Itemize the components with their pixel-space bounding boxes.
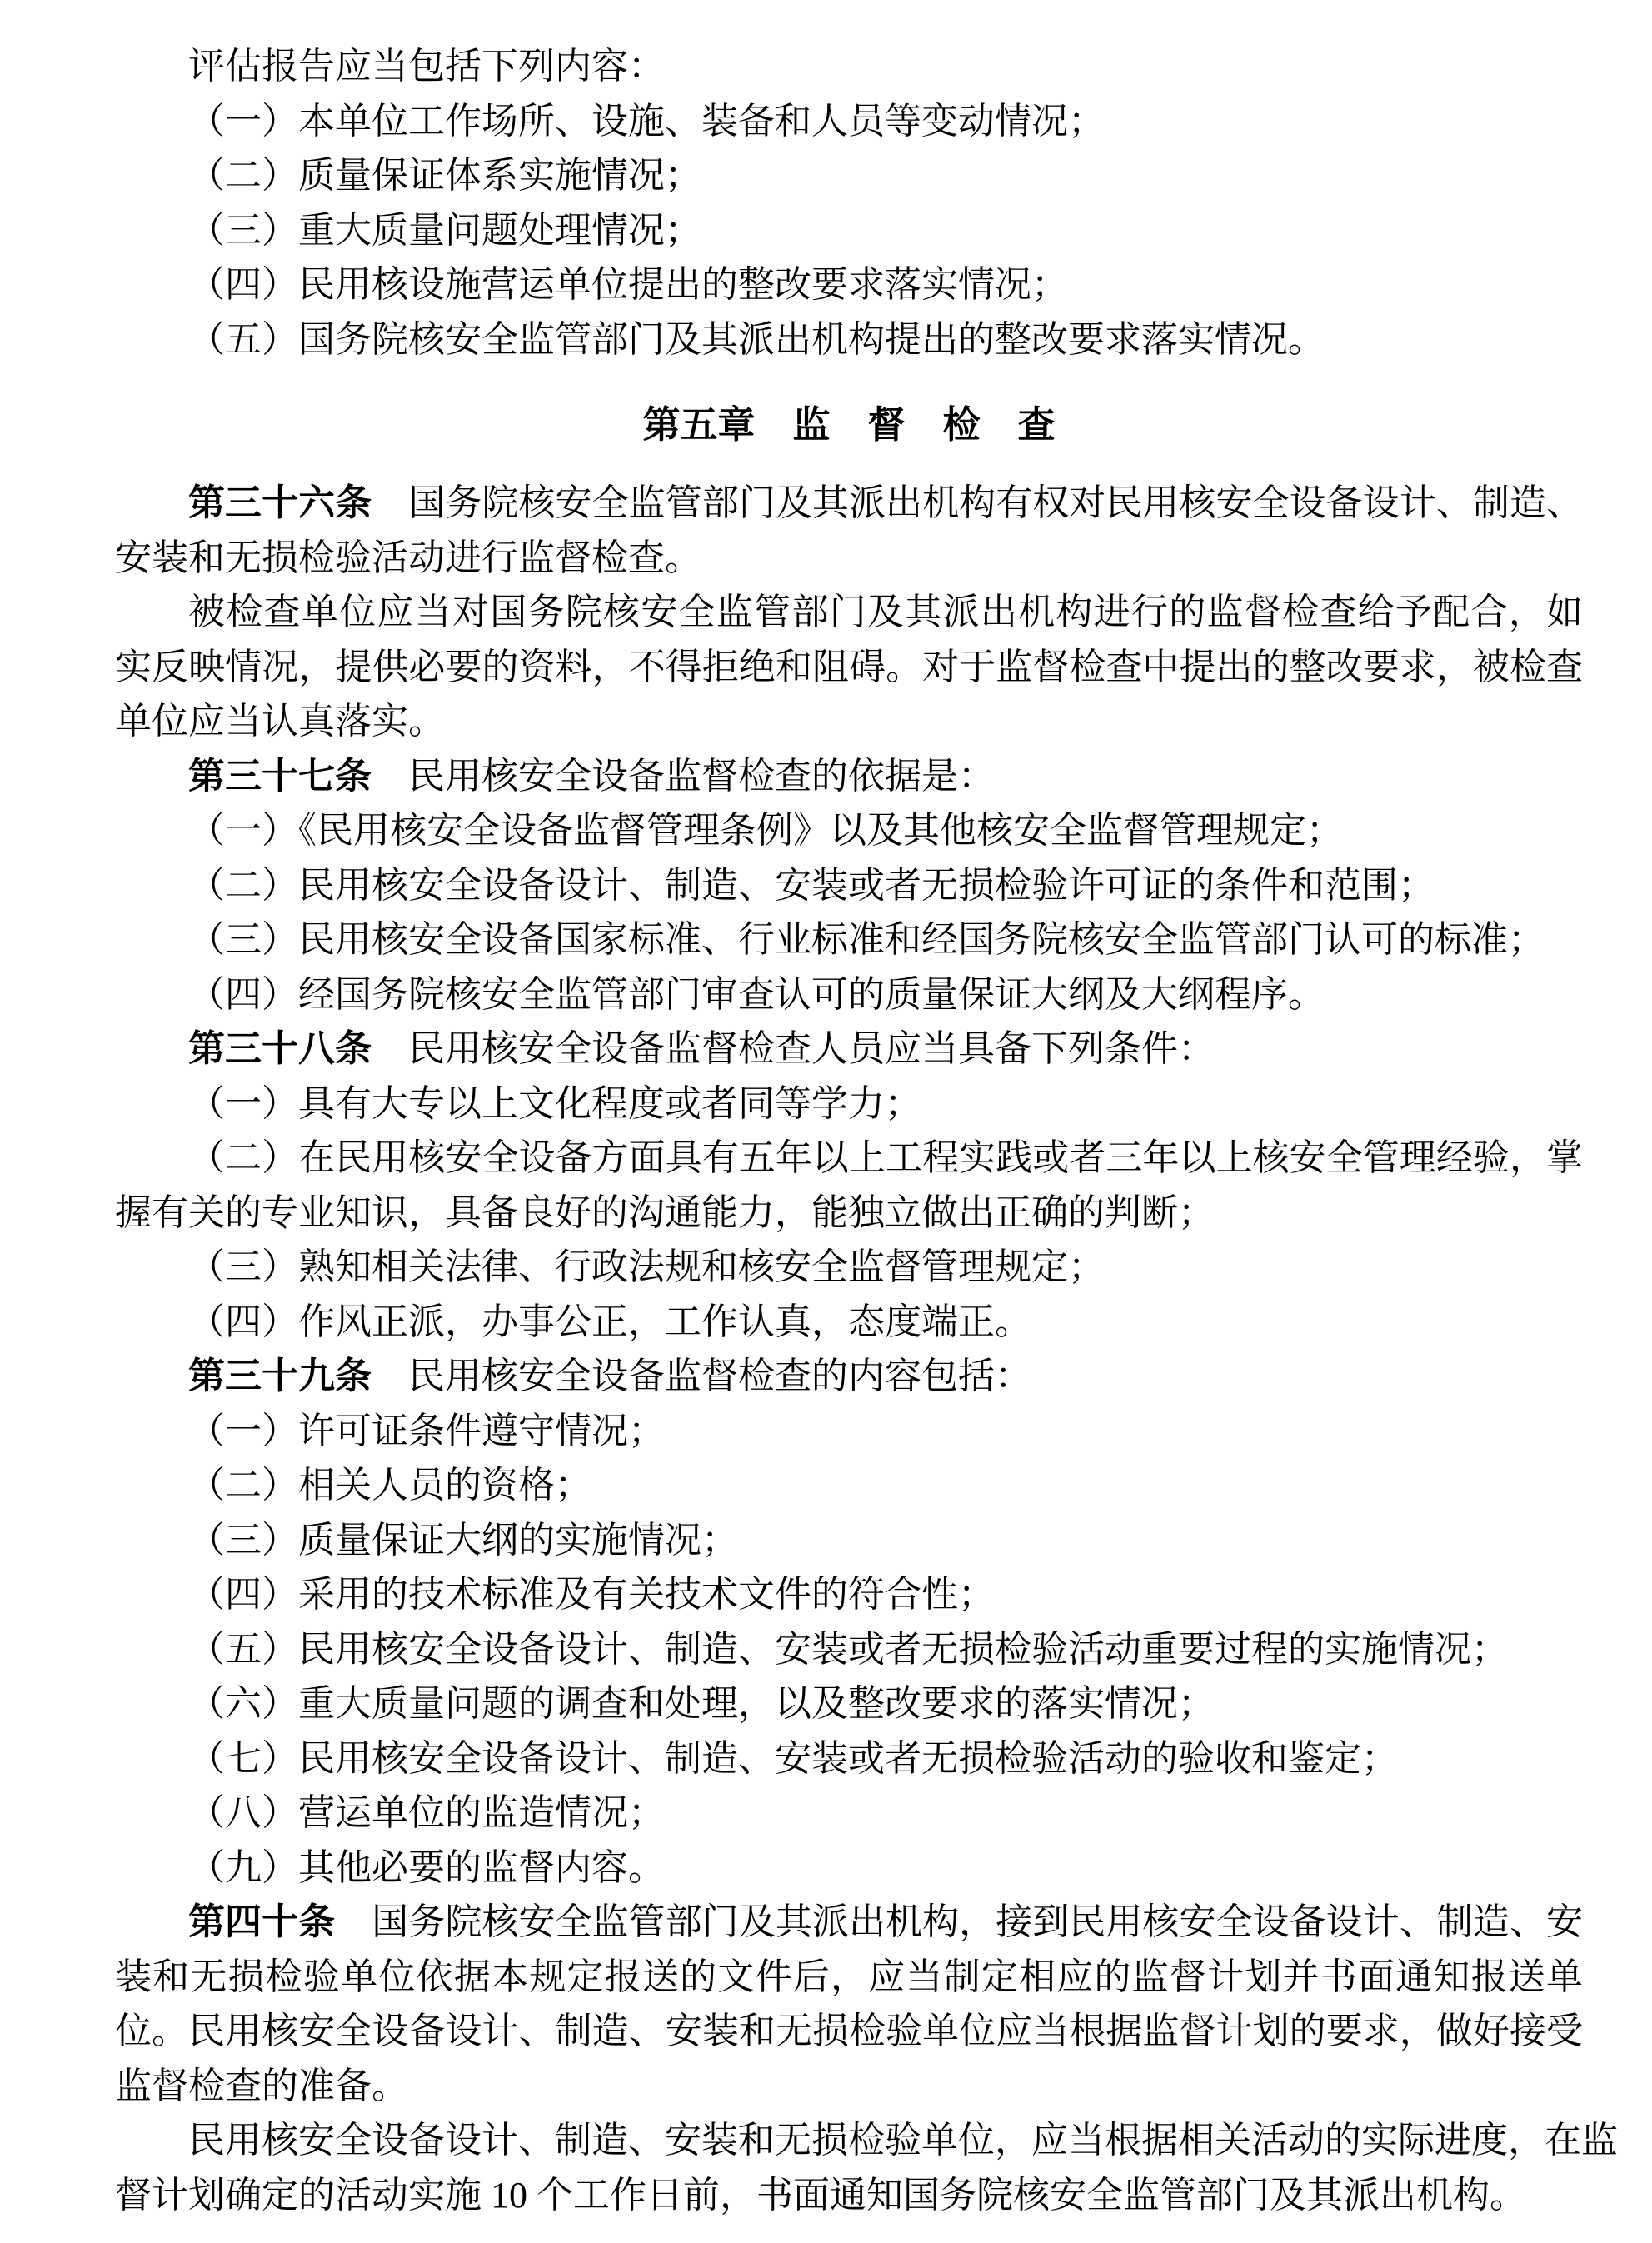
text-line: （一）本单位工作场所、设施、装备和人员等变动情况； bbox=[115, 94, 1583, 149]
text-line: 第三十六条 国务院核安全监管部门及其派出机构有权对民用核安全设备设计、制造、 bbox=[115, 476, 1583, 531]
text-line: （九）其他必要的监督内容。 bbox=[115, 1841, 1583, 1896]
document-page: 评估报告应当包括下列内容：（一）本单位工作场所、设施、装备和人员等变动情况；（二… bbox=[0, 0, 1652, 2243]
text-line: 单位应当认真落实。 bbox=[115, 694, 1583, 749]
text-line: （二）质量保证体系实施情况； bbox=[115, 148, 1583, 203]
text-line: （五）国务院核安全监管部门及其派出机构提出的整改要求落实情况。 bbox=[115, 312, 1583, 367]
text-line: 实反映情况，提供必要的资料，不得拒绝和阻碍。对于监督检查中提出的整改要求，被检查 bbox=[115, 640, 1583, 695]
text-line: （四）经国务院核安全监管部门审查认可的质量保证大纲及大纲程序。 bbox=[115, 967, 1583, 1022]
document-content: 评估报告应当包括下列内容：（一）本单位工作场所、设施、装备和人员等变动情况；（二… bbox=[115, 39, 1583, 2222]
text-line: （五）民用核安全设备设计、制造、安装或者无损检验活动重要过程的实施情况； bbox=[115, 1622, 1583, 1677]
text-line: （三）质量保证大纲的实施情况； bbox=[115, 1513, 1583, 1568]
text-line: 第四十条 国务院核安全监管部门及其派出机构，接到民用核安全设备设计、制造、安 bbox=[115, 1895, 1583, 1950]
text-line: （一）《民用核安全设备监督管理条例》以及其他核安全监督管理规定； bbox=[115, 803, 1583, 858]
text-line: 安装和无损检验活动进行监督检查。 bbox=[115, 531, 1583, 586]
text-line: 督计划确定的活动实施 10 个工作日前，书面通知国务院核安全监管部门及其派出机构… bbox=[115, 2168, 1583, 2223]
text-line: 第三十九条 民用核安全设备监督检查的内容包括： bbox=[115, 1349, 1583, 1404]
text-line: （六）重大质量问题的调查和处理，以及整改要求的落实情况； bbox=[115, 1676, 1583, 1731]
text-line: 位。民用核安全设备设计、制造、安装和无损检验单位应当根据监督计划的要求，做好接受 bbox=[115, 2004, 1583, 2059]
text-line: （二）相关人员的资格； bbox=[115, 1458, 1583, 1513]
text-line: （八）营运单位的监造情况； bbox=[115, 1786, 1583, 1841]
article-number: 第三十八条 bbox=[188, 1028, 408, 1069]
text-line: 第三十八条 民用核安全设备监督检查人员应当具备下列条件： bbox=[115, 1022, 1583, 1077]
text-line: （一）具有大专以上文化程度或者同等学力； bbox=[115, 1077, 1583, 1131]
text-line: （二）在民用核安全设备方面具有五年以上工程实践或者三年以上核安全管理经验，掌 bbox=[115, 1131, 1583, 1186]
text-line: 装和无损检验单位依据本规定报送的文件后，应当制定相应的监督计划并书面通知报送单 bbox=[115, 1950, 1583, 2005]
text-line: 监督检查的准备。 bbox=[115, 2059, 1583, 2114]
text-line: （三）重大质量问题处理情况； bbox=[115, 203, 1583, 258]
text-line: （四）采用的技术标准及有关技术文件的符合性； bbox=[115, 1567, 1583, 1622]
text-line: 被检查单位应当对国务院核安全监管部门及其派出机构进行的监督检查给予配合，如 bbox=[115, 585, 1583, 640]
article-number: 第三十六条 bbox=[188, 482, 408, 523]
text-line: （七）民用核安全设备设计、制造、安装或者无损检验活动的验收和鉴定； bbox=[115, 1731, 1583, 1786]
text-line: 评估报告应当包括下列内容： bbox=[115, 39, 1583, 94]
text-line: 握有关的专业知识，具备良好的沟通能力，能独立做出正确的判断； bbox=[115, 1186, 1583, 1241]
article-number: 第三十九条 bbox=[188, 1356, 408, 1396]
text-line: （三）民用核安全设备国家标准、行业标准和经国务院核安全监管部门认可的标准； bbox=[115, 912, 1583, 967]
article-number: 第四十条 bbox=[188, 1901, 372, 1942]
text-line: （三）熟知相关法律、行政法规和核安全监督管理规定； bbox=[115, 1240, 1583, 1295]
text-line: （一）许可证条件遵守情况； bbox=[115, 1404, 1583, 1459]
text-line: （二）民用核安全设备设计、制造、安装或者无损检验许可证的条件和范围； bbox=[115, 858, 1583, 913]
text-line: 民用核安全设备设计、制造、安装和无损检验单位，应当根据相关活动的实际进度，在监 bbox=[115, 2113, 1583, 2168]
text-line: （四）民用核设施营运单位提出的整改要求落实情况； bbox=[115, 257, 1583, 312]
text-line: 第三十七条 民用核安全设备监督检查的依据是： bbox=[115, 749, 1583, 804]
article-number: 第三十七条 bbox=[188, 756, 408, 797]
chapter-heading: 第五章 监 督 检 查 bbox=[115, 367, 1583, 476]
text-line: （四）作风正派，办事公正，工作认真，态度端正。 bbox=[115, 1295, 1583, 1350]
